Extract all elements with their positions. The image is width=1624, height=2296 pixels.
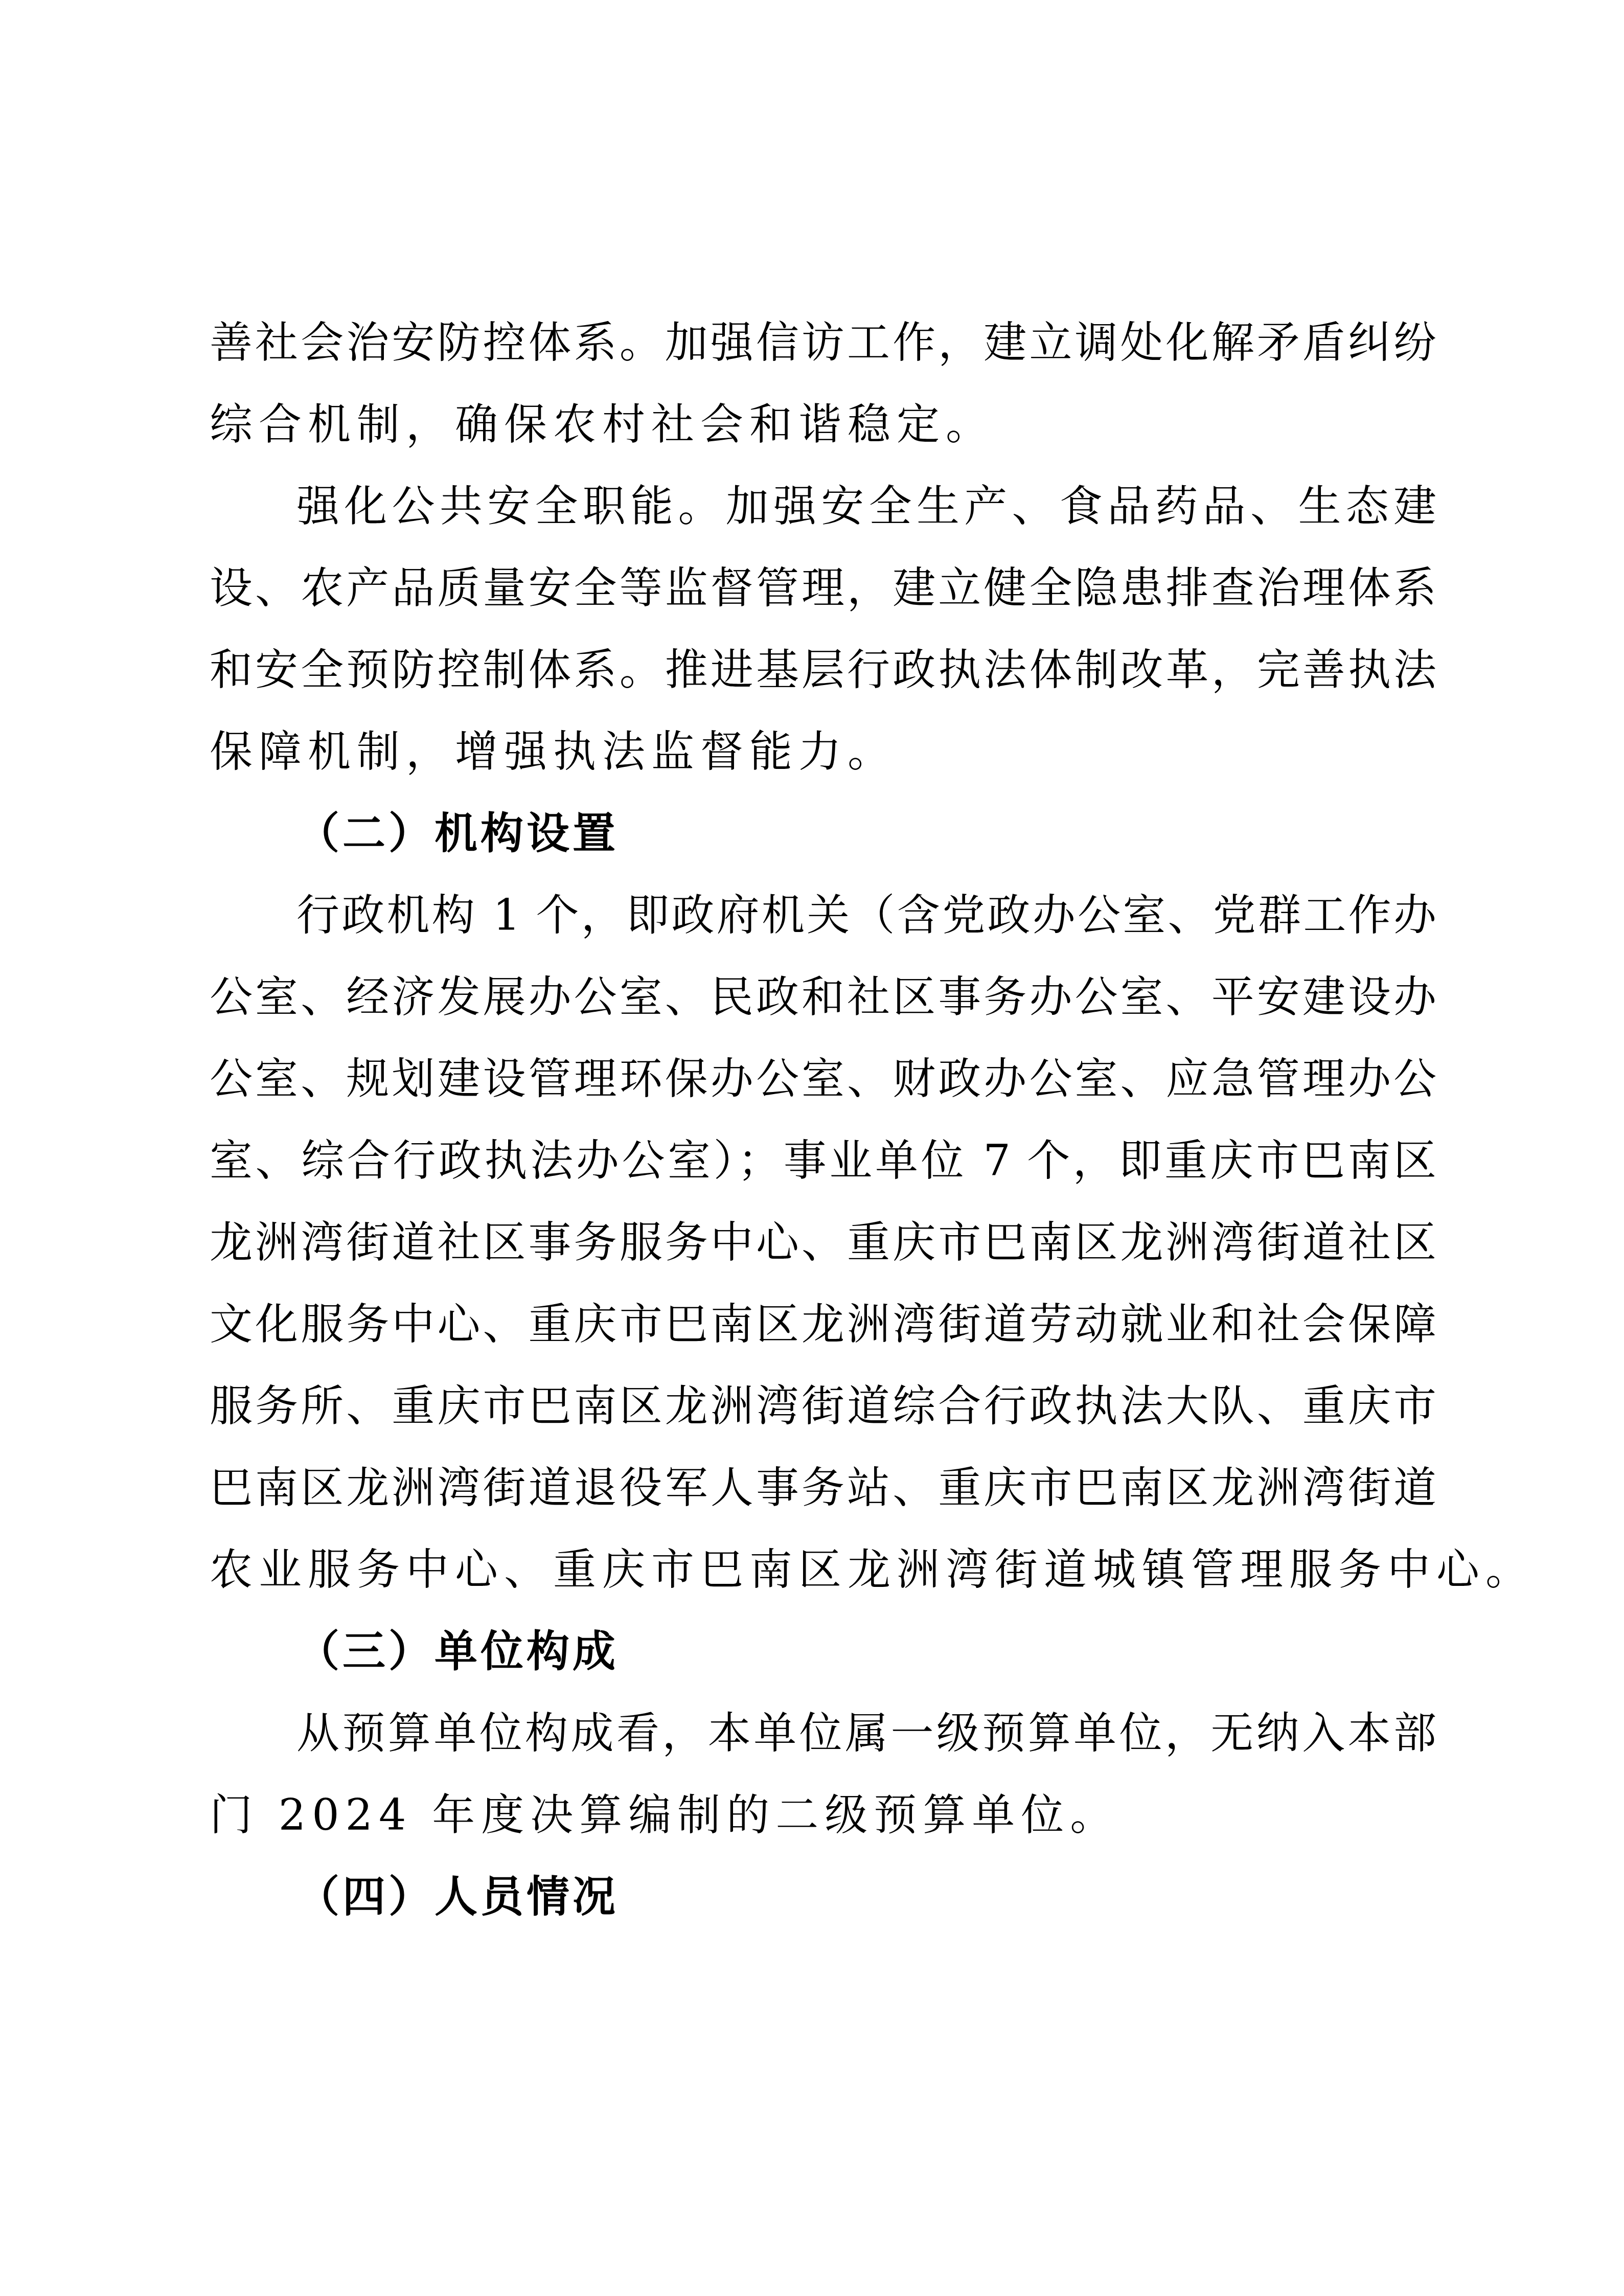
paragraph-line: 行政机构 1 个，即政府机关（含党政办公室、党群工作办 bbox=[296, 890, 1436, 941]
paragraph-line: 善社会治安防控体系。加强信访工作，建立调处化解矛盾纠纷 bbox=[210, 317, 1436, 368]
paragraph-line: 服务所、重庆市巴南区龙洲湾街道综合行政执法大队、重庆市 bbox=[210, 1380, 1436, 1431]
paragraph-line: 文化服务中心、重庆市巴南区龙洲湾街道劳动就业和社会保障 bbox=[210, 1299, 1436, 1350]
paragraph-line: 公室、经济发展办公室、民政和社区事务办公室、平安建设办 bbox=[210, 971, 1436, 1022]
paragraph-line: 门 2024 年度决算编制的二级预算单位。 bbox=[210, 1789, 1119, 1840]
paragraph-line: 和安全预防控制体系。推进基层行政执法体制改革，完善执法 bbox=[210, 644, 1436, 695]
paragraph-line: 从预算单位构成看，本单位属一级预算单位，无纳入本部 bbox=[296, 1708, 1436, 1759]
paragraph-line: 综合机制，确保农村社会和谐稳定。 bbox=[210, 399, 995, 450]
paragraph-line: 公室、规划建设管理环保办公室、财政办公室、应急管理办公 bbox=[210, 1053, 1436, 1104]
section-heading-unit-composition: （三）单位构成 bbox=[296, 1626, 619, 1677]
paragraph-line: 巴南区龙洲湾街道退役军人事务站、重庆市巴南区龙洲湾街道 bbox=[210, 1462, 1436, 1513]
paragraph-line: 设、农产品质量安全等监督管理，建立健全隐患排查治理体系 bbox=[210, 562, 1436, 613]
section-heading-staffing: （四）人员情况 bbox=[296, 1871, 619, 1922]
section-heading-organization: （二）机构设置 bbox=[296, 808, 619, 859]
paragraph-line: 保障机制，增强执法监督能力。 bbox=[210, 726, 897, 777]
paragraph-line: 室、综合行政执法办公室）；事业单位 7 个，即重庆市巴南区 bbox=[210, 1135, 1436, 1186]
paragraph-line: 农业服务中心、重庆市巴南区龙洲湾街道城镇管理服务中心。 bbox=[210, 1544, 1535, 1595]
paragraph-line: 强化公共安全职能。加强安全生产、食品药品、生态建 bbox=[296, 481, 1436, 532]
paragraph-line: 龙洲湾街道社区事务服务中心、重庆市巴南区龙洲湾街道社区 bbox=[210, 1217, 1436, 1268]
